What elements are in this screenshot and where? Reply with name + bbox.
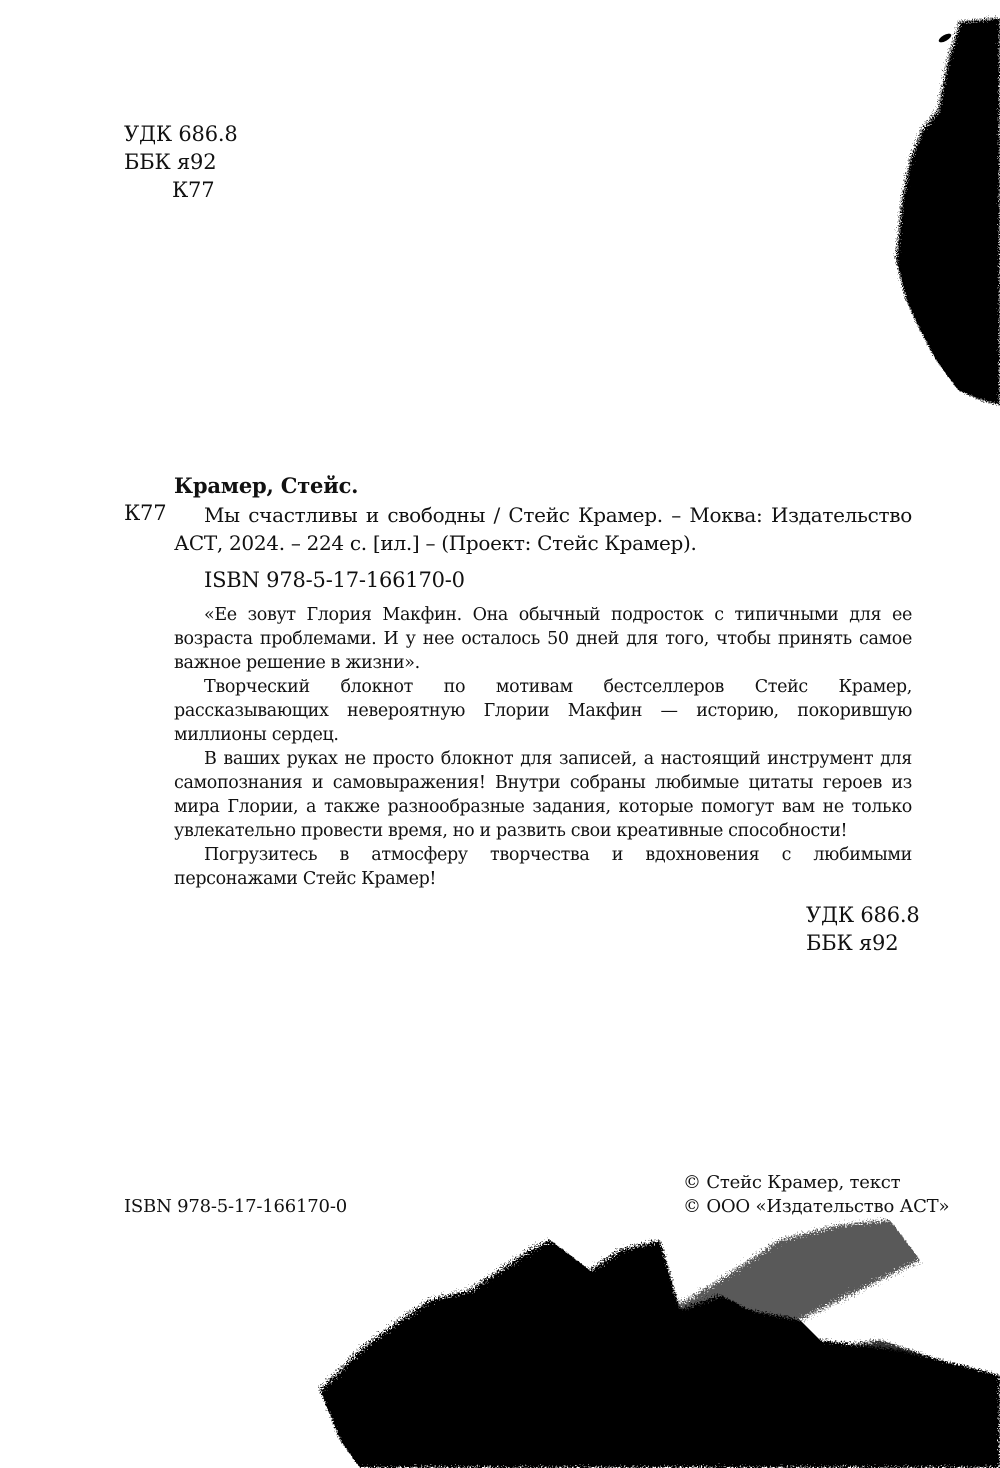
author-mark: К77 (124, 176, 238, 204)
annotation-paragraph: Погрузитесь в атмосферу творчества и вдо… (174, 843, 912, 891)
imprint-page: УДК 686.8 ББК я92 К77 Крамер, Стейс. К77… (0, 0, 1000, 1468)
annotation-paragraph: Творческий блокнот по мотивам бестселлер… (174, 675, 912, 747)
isbn-main: ISBN 978-5-17-166170-0 (204, 568, 465, 593)
bbk-code: ББК я92 (806, 929, 920, 957)
top-classification: УДК 686.8 ББК я92 К77 (124, 120, 238, 204)
annotation-paragraph: «Ее зовут Глория Макфин. Она обычный под… (174, 603, 912, 675)
charcoal-stroke-bottom (300, 1200, 1000, 1468)
bibliographic-description: Мы счастливы и свободны / Стейс Крамер. … (174, 501, 912, 557)
copyright-line: © Стейс Крамер, текст (683, 1171, 949, 1195)
udk-code: УДК 686.8 (124, 120, 238, 148)
bottom-classification: УДК 686.8 ББК я92 (806, 901, 920, 957)
author-mark-left: К77 (124, 501, 166, 526)
charcoal-stroke-top-right (840, 0, 1000, 420)
annotation-paragraph: В ваших руках не просто блокнот для запи… (174, 747, 912, 843)
isbn-footer: ISBN 978-5-17-166170-0 (124, 1194, 347, 1219)
udk-code: УДК 686.8 (806, 901, 920, 929)
author-heading: Крамер, Стейс. (174, 473, 358, 498)
bbk-code: ББК я92 (124, 148, 238, 176)
copyright-line: © ООО «Издательство АСТ» (683, 1195, 949, 1219)
copyright-block: © Стейс Крамер, текст © ООО «Издательств… (683, 1171, 949, 1219)
annotation: «Ее зовут Глория Макфин. Она обычный под… (174, 603, 912, 891)
